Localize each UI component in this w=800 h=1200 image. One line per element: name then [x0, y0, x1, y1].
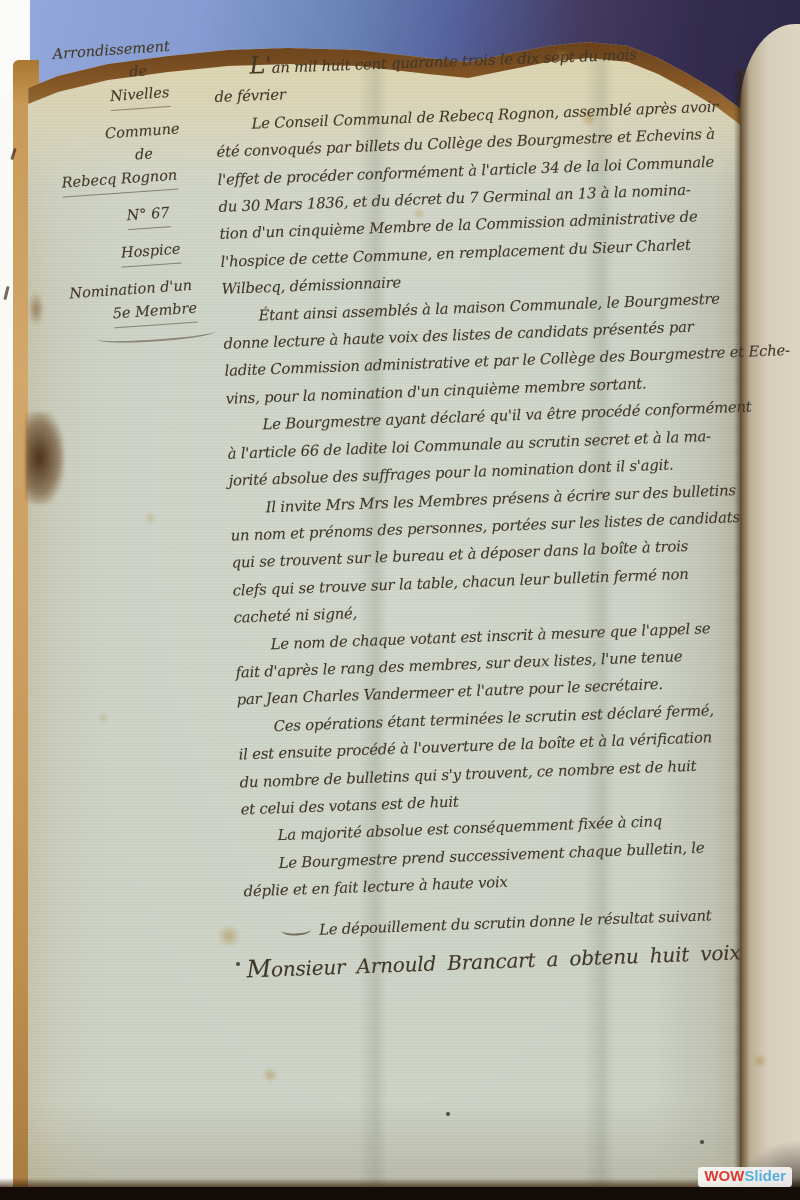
watermark-wow-text: WOW — [704, 1168, 744, 1185]
watermark-slider-text: Slider — [744, 1168, 786, 1185]
manuscript-photo: ArrondissementdeNivellesCommunedeRebecq … — [0, 0, 800, 1200]
manuscript-body: L'an mil huit cent quarante trois le dix… — [213, 35, 779, 985]
margin-note-line: Commune — [104, 118, 180, 146]
bottom-edge-fade — [0, 1178, 800, 1187]
margin-note-line: Nivelles — [109, 82, 170, 111]
margin-annotations: ArrondissementdeNivellesCommunedeRebecq … — [52, 32, 241, 347]
margin-note-line: de — [134, 143, 153, 167]
bottom-dark-edge — [0, 1187, 800, 1200]
flourish-swash — [281, 924, 311, 936]
margin-note-line: Hospice — [120, 239, 181, 268]
margin-note-line: de — [128, 60, 147, 84]
margin-note-line: Rebecq Rognon — [61, 165, 178, 198]
wowslider-watermark[interactable]: WOWSlider — [698, 1167, 792, 1187]
margin-note-line: N° 67 — [126, 202, 171, 230]
margin-note-line: 5e Membre — [112, 298, 198, 329]
